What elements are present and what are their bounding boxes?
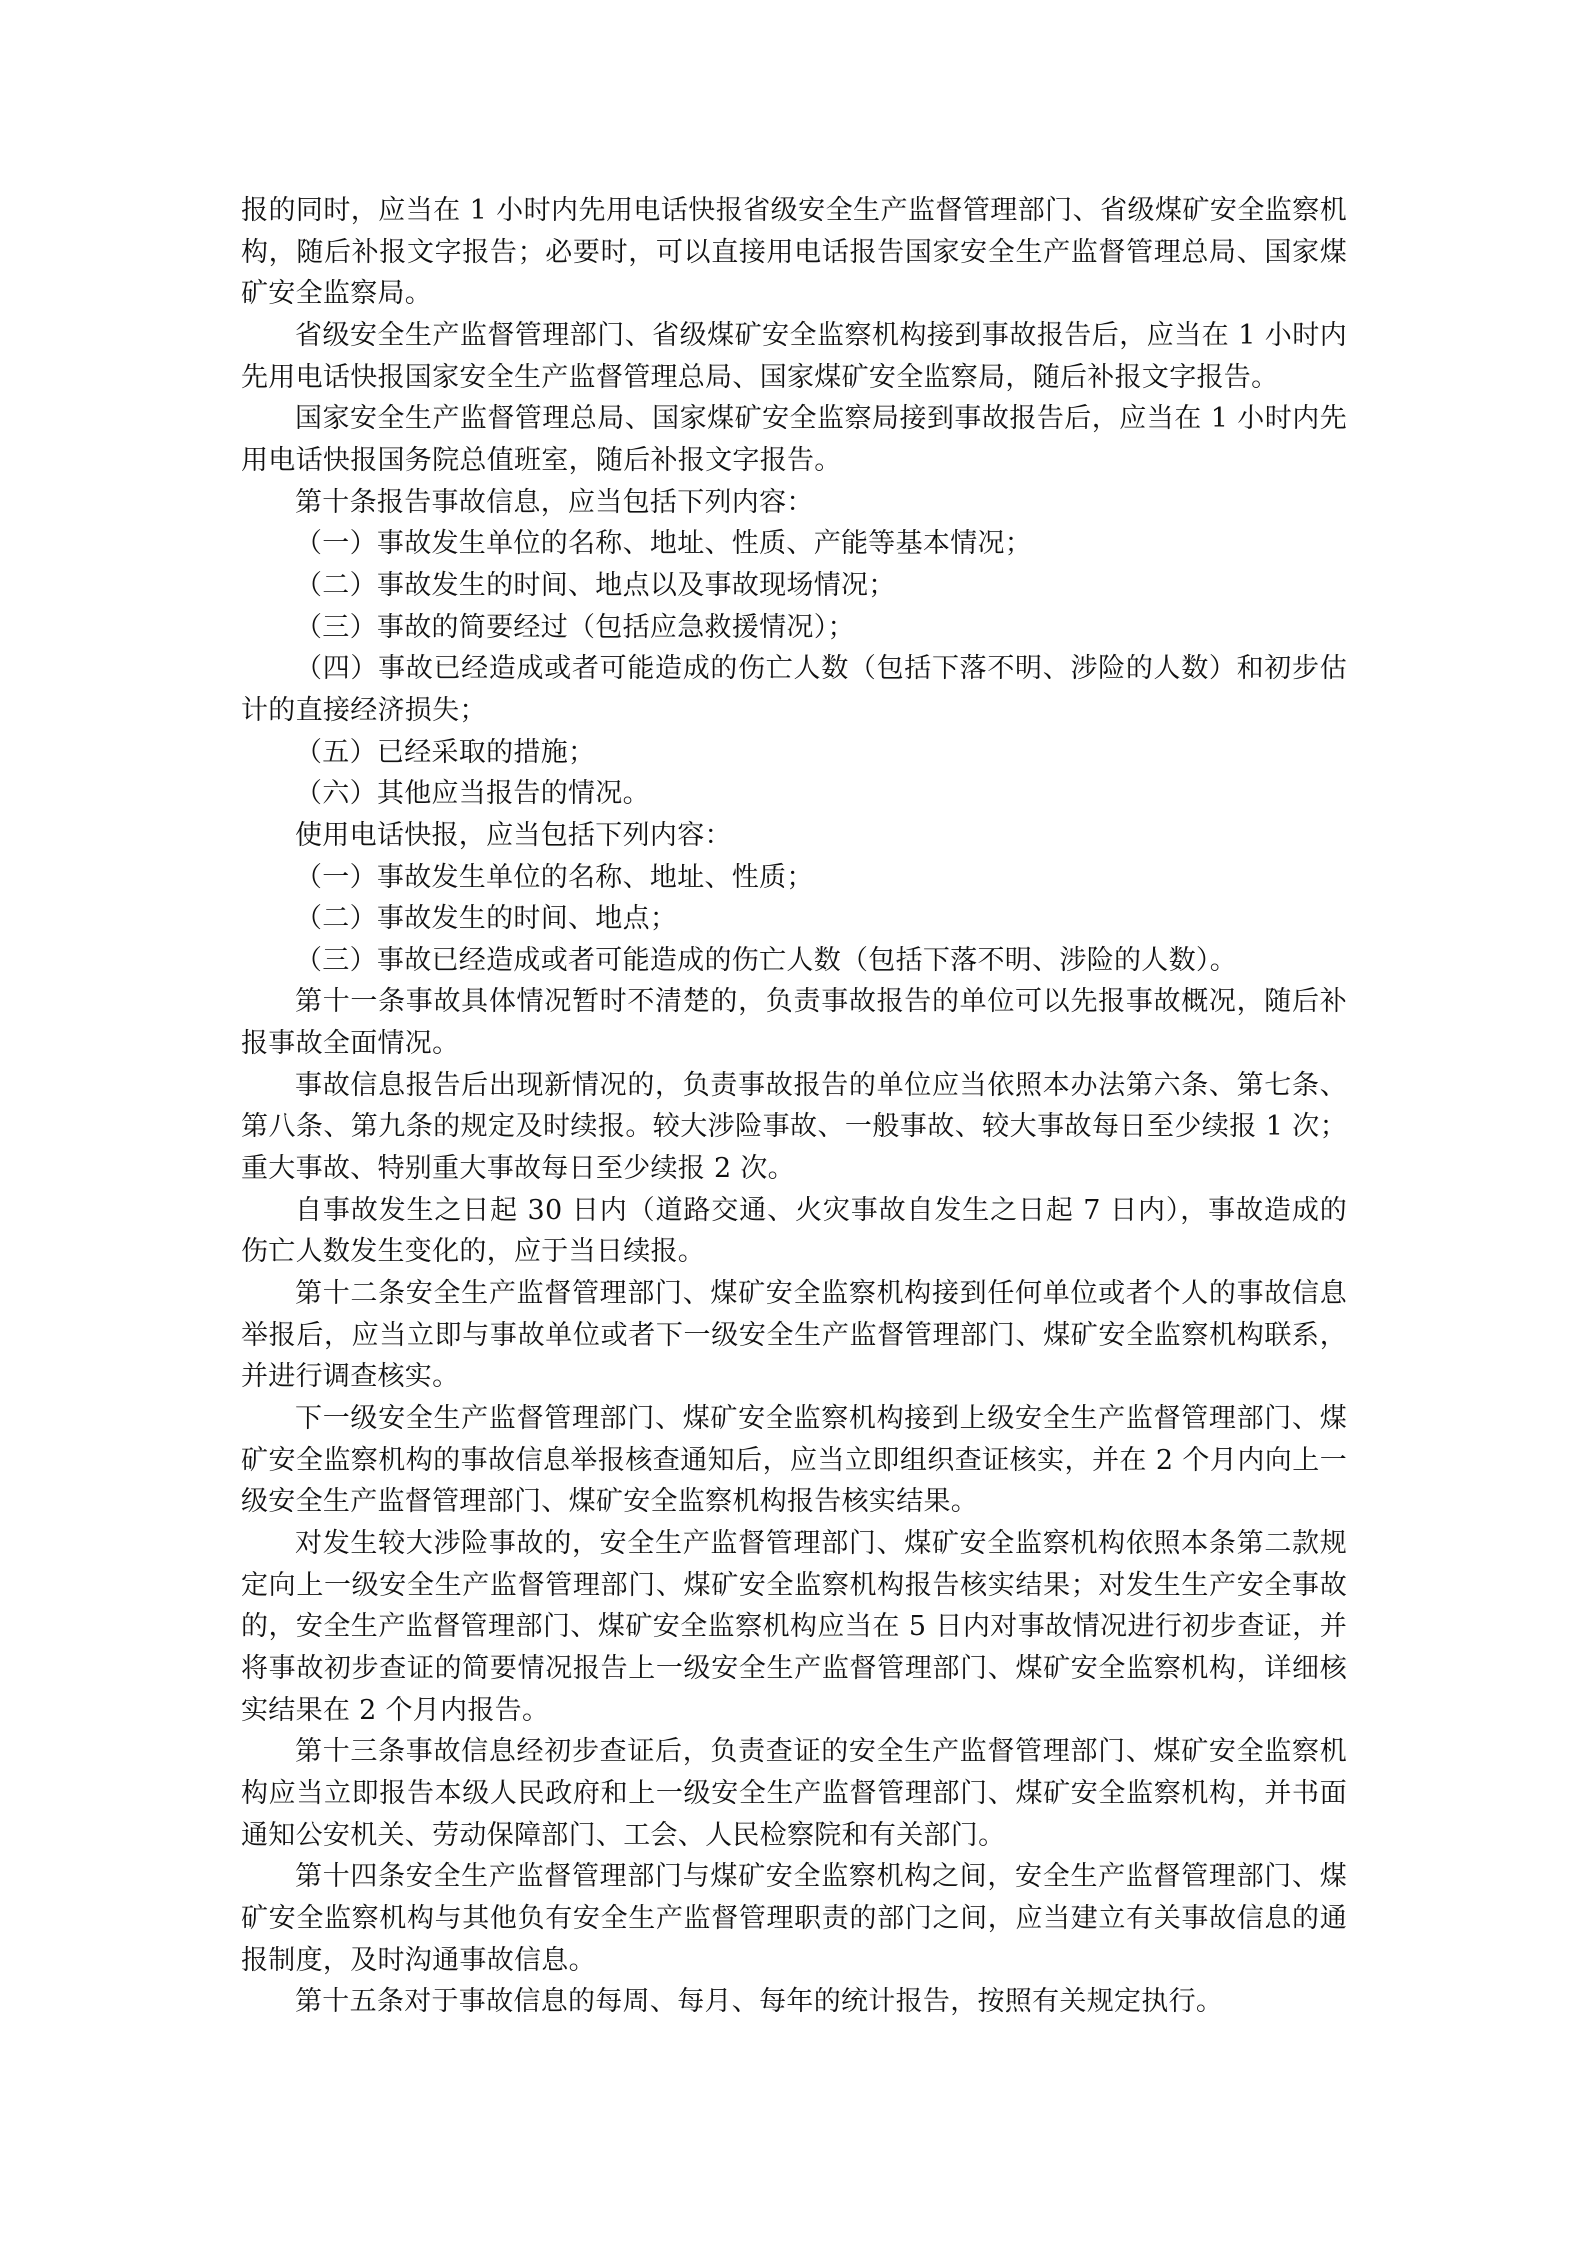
list-item: （三）事故已经造成或者可能造成的伤亡人数（包括下落不明、涉险的人数）。 xyxy=(241,940,1347,982)
list-item: （一）事故发生单位的名称、地址、性质、产能等基本情况； xyxy=(241,523,1347,565)
list-item: （四）事故已经造成或者可能造成的伤亡人数（包括下落不明、涉险的人数）和初步估计的… xyxy=(241,648,1347,731)
article-15-paragraph: 第十五条对于事故信息的每周、每月、每年的统计报告，按照有关规定执行。 xyxy=(241,1981,1347,2023)
list-item: （二）事故发生的时间、地点以及事故现场情况； xyxy=(241,565,1347,607)
list-item: （五）已经采取的措施； xyxy=(241,732,1347,774)
article-12-paragraph: 第十二条安全生产监督管理部门、煤矿安全监察机构接到任何单位或者个人的事故信息举报… xyxy=(241,1273,1347,1398)
list-item: （一）事故发生单位的名称、地址、性质； xyxy=(241,857,1347,899)
paragraph: 使用电话快报，应当包括下列内容： xyxy=(241,815,1347,857)
article-14-paragraph: 第十四条安全生产监督管理部门与煤矿安全监察机构之间，安全生产监督管理部门、煤矿安… xyxy=(241,1856,1347,1981)
list-item: （二）事故发生的时间、地点； xyxy=(241,898,1347,940)
paragraph: 对发生较大涉险事故的，安全生产监督管理部门、煤矿安全监察机构依照本条第二款规定向… xyxy=(241,1523,1347,1731)
paragraph: 国家安全生产监督管理总局、国家煤矿安全监察局接到事故报告后，应当在 1 小时内先… xyxy=(241,398,1347,481)
document-page: 报的同时，应当在 1 小时内先用电话快报省级安全生产监督管理部门、省级煤矿安全监… xyxy=(241,190,1347,2023)
article-13-paragraph: 第十三条事故信息经初步查证后，负责查证的安全生产监督管理部门、煤矿安全监察机构应… xyxy=(241,1731,1347,1856)
paragraph-continuation: 报的同时，应当在 1 小时内先用电话快报省级安全生产监督管理部门、省级煤矿安全监… xyxy=(241,190,1347,315)
list-item: （六）其他应当报告的情况。 xyxy=(241,773,1347,815)
paragraph: 下一级安全生产监督管理部门、煤矿安全监察机构接到上级安全生产监督管理部门、煤矿安… xyxy=(241,1398,1347,1523)
article-11-paragraph: 第十一条事故具体情况暂时不清楚的，负责事故报告的单位可以先报事故概况，随后补报事… xyxy=(241,981,1347,1064)
article-10-heading: 第十条报告事故信息，应当包括下列内容： xyxy=(241,482,1347,524)
list-item: （三）事故的简要经过（包括应急救援情况）； xyxy=(241,607,1347,649)
paragraph: 自事故发生之日起 30 日内（道路交通、火灾事故自发生之日起 7 日内），事故造… xyxy=(241,1190,1347,1273)
paragraph: 省级安全生产监督管理部门、省级煤矿安全监察机构接到事故报告后，应当在 1 小时内… xyxy=(241,315,1347,398)
paragraph: 事故信息报告后出现新情况的，负责事故报告的单位应当依照本办法第六条、第七条、第八… xyxy=(241,1065,1347,1190)
